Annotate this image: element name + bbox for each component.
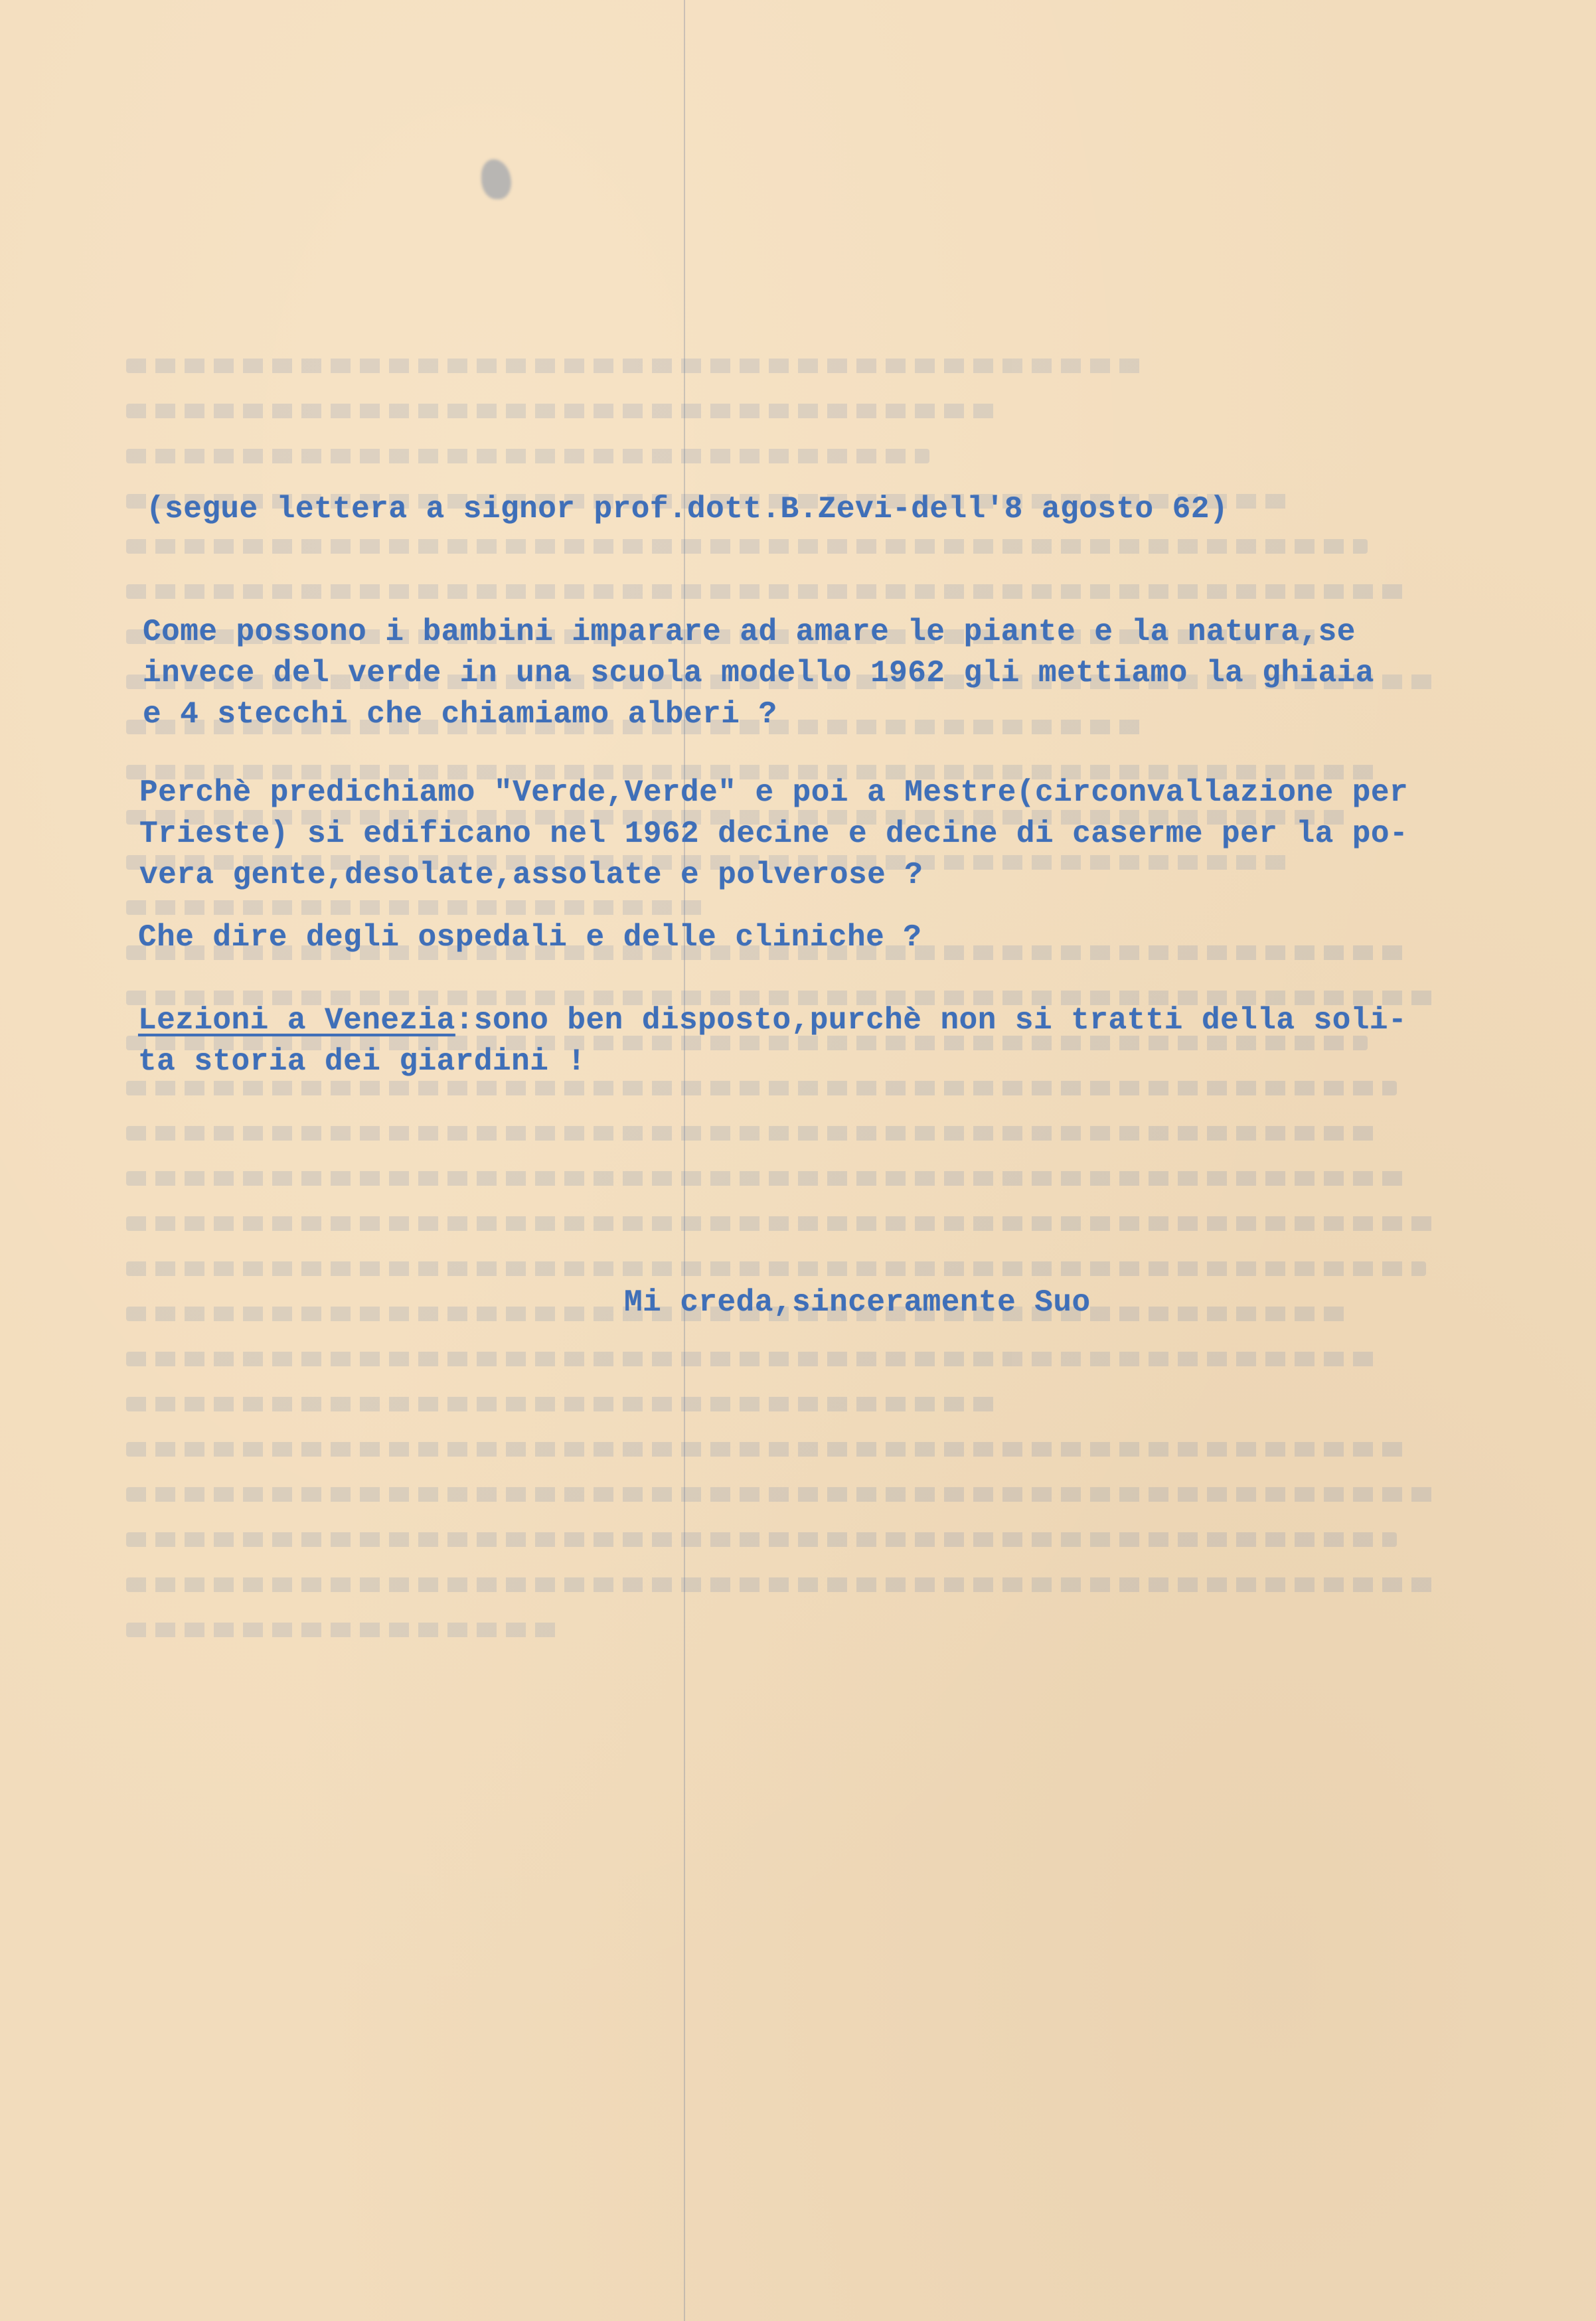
text-line: vera gente,desolate,assolate e polverose… — [139, 854, 923, 896]
underlined-lead: Lezioni a Venezia — [138, 1003, 455, 1038]
closing-salutation: Mi creda,sinceramente Suo — [624, 1281, 1091, 1324]
text-line: Come possono i bambini imparare ad amare… — [143, 611, 1356, 653]
text-line: ta storia dei giardini ! — [138, 1040, 586, 1083]
text-line: Lezioni a Venezia:sono ben disposto,purc… — [138, 999, 1407, 1042]
text-line: e 4 stecchi che chiamiamo alberi ? — [143, 693, 777, 736]
text-line: Perchè predichiamo "Verde,Verde" e poi a… — [139, 771, 1408, 814]
letter-heading: (segue lettera a signor prof.dott.B.Zevi… — [146, 488, 1228, 530]
text-line: Trieste) si edificano nel 1962 decine e … — [139, 813, 1408, 855]
text-line: Che dire degli ospedali e delle cliniche… — [138, 916, 921, 959]
text-line: invece del verde in una scuola modello 1… — [143, 652, 1374, 694]
